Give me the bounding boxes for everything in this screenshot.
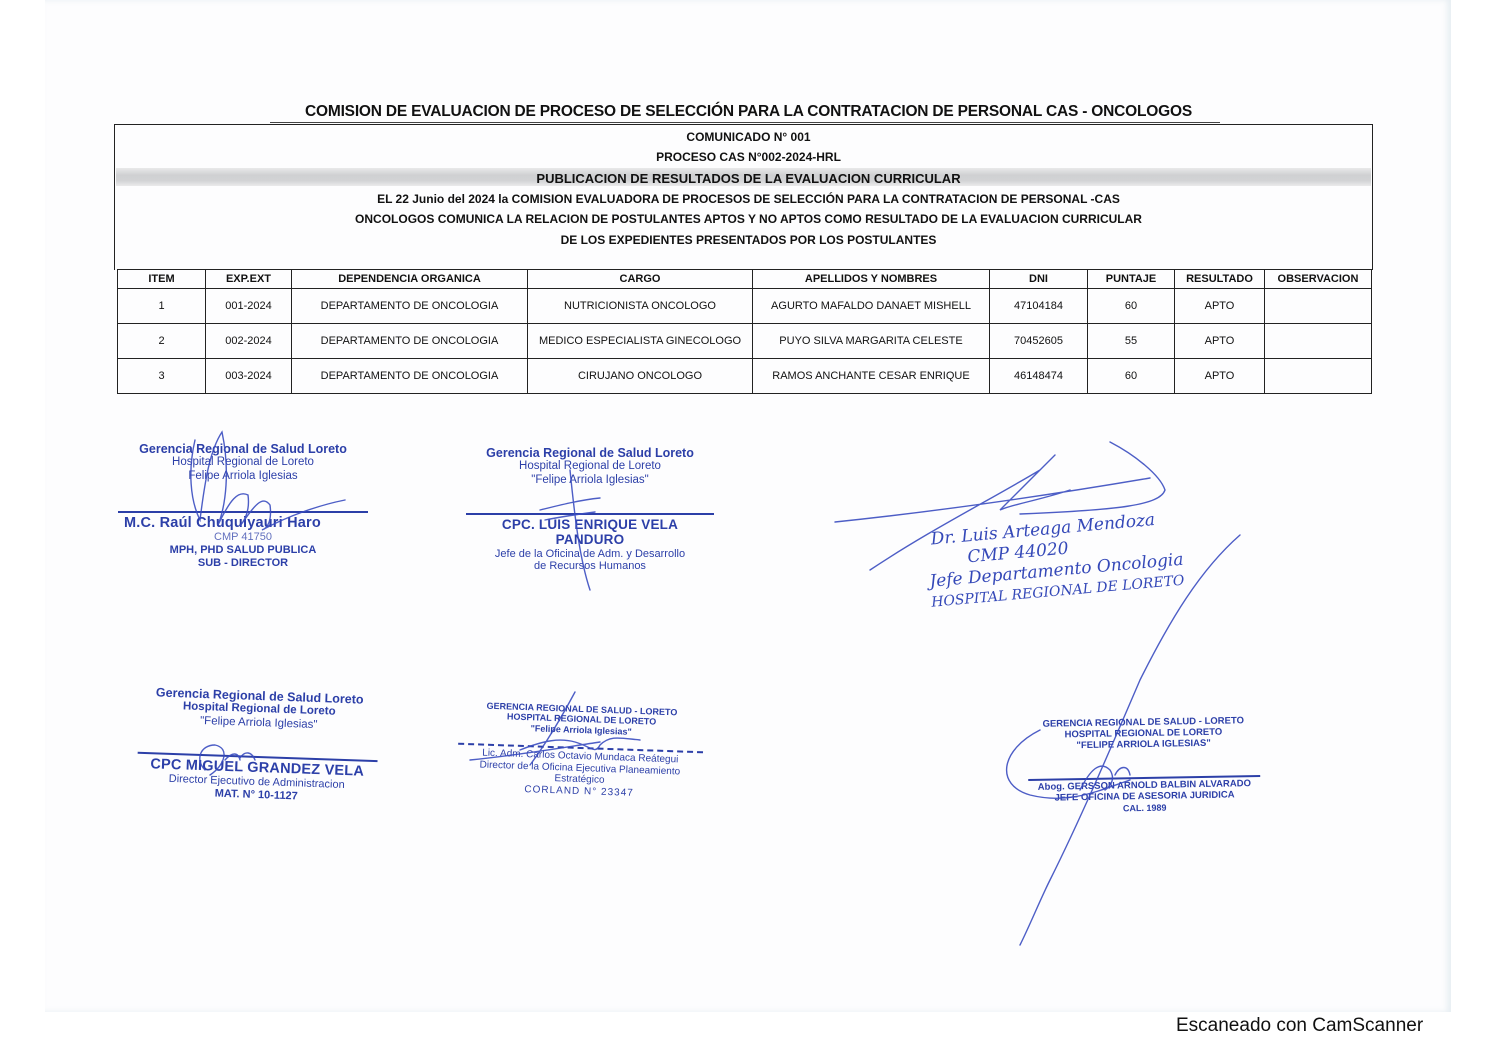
table-row: 2 002-2024 DEPARTAMENTO DE ONCOLOGIA MED…	[118, 324, 1372, 359]
cell-exp-ext: 003-2024	[206, 359, 292, 394]
signer-position: SUB - DIRECTOR	[118, 557, 368, 570]
announcement-line-3: DE LOS EXPEDIENTES PRESENTADOS POR LOS P…	[0, 233, 1497, 247]
signer-name: CPC. LUIS ENRIQUE VELA PANDURO	[466, 517, 714, 548]
stamp-rrhh: Gerencia Regional de Salud Loreto Hospit…	[466, 446, 714, 573]
cell-dependencia: DEPARTAMENTO DE ONCOLOGIA	[292, 324, 528, 359]
cell-cargo: CIRUJANO ONCOLOGO	[528, 359, 753, 394]
col-exp-ext: EXP.EXT	[206, 270, 292, 289]
col-puntaje: PUNTAJE	[1088, 270, 1175, 289]
table-header-row: ITEM EXP.EXT DEPENDENCIA ORGANICA CARGO …	[118, 270, 1372, 289]
col-dependencia: DEPENDENCIA ORGANICA	[292, 270, 528, 289]
cell-puntaje: 60	[1088, 359, 1175, 394]
col-resultado: RESULTADO	[1175, 270, 1265, 289]
stamp-institution: Gerencia Regional de Salud Loreto	[118, 442, 368, 456]
stamp-institution: Gerencia Regional de Salud Loreto	[466, 446, 714, 460]
table-row: 1 001-2024 DEPARTAMENTO DE ONCOLOGIA NUT…	[118, 289, 1372, 324]
signer-cmp: CMP 41750	[118, 531, 368, 544]
cell-nombres: RAMOS ANCHANTE CESAR ENRIQUE	[753, 359, 990, 394]
cell-cargo: NUTRICIONISTA ONCOLOGO	[528, 289, 753, 324]
stamp-planeamiento: GERENCIA REGIONAL DE SALUD - LORETO HOSP…	[456, 700, 704, 802]
cell-observacion	[1265, 359, 1372, 394]
camscanner-watermark: Escaneado con CamScanner	[1176, 1015, 1423, 1037]
col-item: ITEM	[118, 270, 206, 289]
stamp-administracion: Gerencia Regional de Salud Loreto Hospit…	[136, 685, 380, 806]
announcement-line-1: EL 22 Junio del 2024 la COMISION EVALUAD…	[0, 192, 1497, 206]
stamp-subdirector: Gerencia Regional de Salud Loreto Hospit…	[118, 442, 368, 569]
signer-name: M.C. Raúl Chuquiyauri Haro	[118, 515, 368, 532]
signer-degree: MPH, PHD SALUD PUBLICA	[118, 544, 368, 557]
cell-item: 2	[118, 324, 206, 359]
cell-resultado: APTO	[1175, 359, 1265, 394]
cell-exp-ext: 002-2024	[206, 324, 292, 359]
cell-dni: 47104184	[990, 289, 1088, 324]
stamp-hospital: Hospital Regional de Loreto	[466, 460, 714, 473]
results-table: ITEM EXP.EXT DEPENDENCIA ORGANICA CARGO …	[117, 269, 1372, 394]
stamp-hospital: Hospital Regional de Loreto	[118, 456, 368, 469]
col-nombres: APELLIDOS Y NOMBRES	[753, 270, 990, 289]
cell-resultado: APTO	[1175, 289, 1265, 324]
publication-heading: PUBLICACION DE RESULTADOS DE LA EVALUACI…	[0, 171, 1497, 186]
cell-puntaje: 60	[1088, 289, 1175, 324]
document-title: COMISION DE EVALUACION DE PROCESO DE SEL…	[0, 103, 1497, 121]
cell-exp-ext: 001-2024	[206, 289, 292, 324]
table-row: 3 003-2024 DEPARTAMENTO DE ONCOLOGIA CIR…	[118, 359, 1372, 394]
stamp-hospital-name: Felipe Arriola Iglesias	[118, 470, 368, 483]
signer-position: Jefe de la Oficina de Adm. y Desarrollo	[466, 548, 714, 561]
cell-cargo: MEDICO ESPECIALISTA GINECOLOGO	[528, 324, 753, 359]
cell-observacion	[1265, 324, 1372, 359]
cell-nombres: AGURTO MAFALDO DANAET MISHELL	[753, 289, 990, 324]
title-underline	[270, 122, 1220, 123]
signature-line	[466, 513, 714, 515]
stamp-asesoria-juridica: GERENCIA REGIONAL DE SALUD - LORETO HOSP…	[1027, 716, 1261, 815]
proceso-code: PROCESO CAS N°002-2024-HRL	[0, 150, 1497, 164]
cell-resultado: APTO	[1175, 324, 1265, 359]
cell-dependencia: DEPARTAMENTO DE ONCOLOGIA	[292, 289, 528, 324]
stamp-hospital-name: "Felipe Arriola Iglesias"	[466, 474, 714, 487]
cell-dni: 70452605	[990, 324, 1088, 359]
cell-dependencia: DEPARTAMENTO DE ONCOLOGIA	[292, 359, 528, 394]
cell-item: 3	[118, 359, 206, 394]
cell-dni: 46148474	[990, 359, 1088, 394]
comunicado-number: COMUNICADO N° 001	[0, 130, 1497, 144]
signer-position-2: de Recursos Humanos	[466, 560, 714, 573]
cell-item: 1	[118, 289, 206, 324]
col-observacion: OBSERVACION	[1265, 270, 1372, 289]
cell-puntaje: 55	[1088, 324, 1175, 359]
cell-observacion	[1265, 289, 1372, 324]
signature-line	[118, 511, 368, 513]
col-dni: DNI	[990, 270, 1088, 289]
col-cargo: CARGO	[528, 270, 753, 289]
cell-nombres: PUYO SILVA MARGARITA CELESTE	[753, 324, 990, 359]
announcement-line-2: ONCOLOGOS COMUNICA LA RELACION DE POSTUL…	[0, 212, 1497, 226]
